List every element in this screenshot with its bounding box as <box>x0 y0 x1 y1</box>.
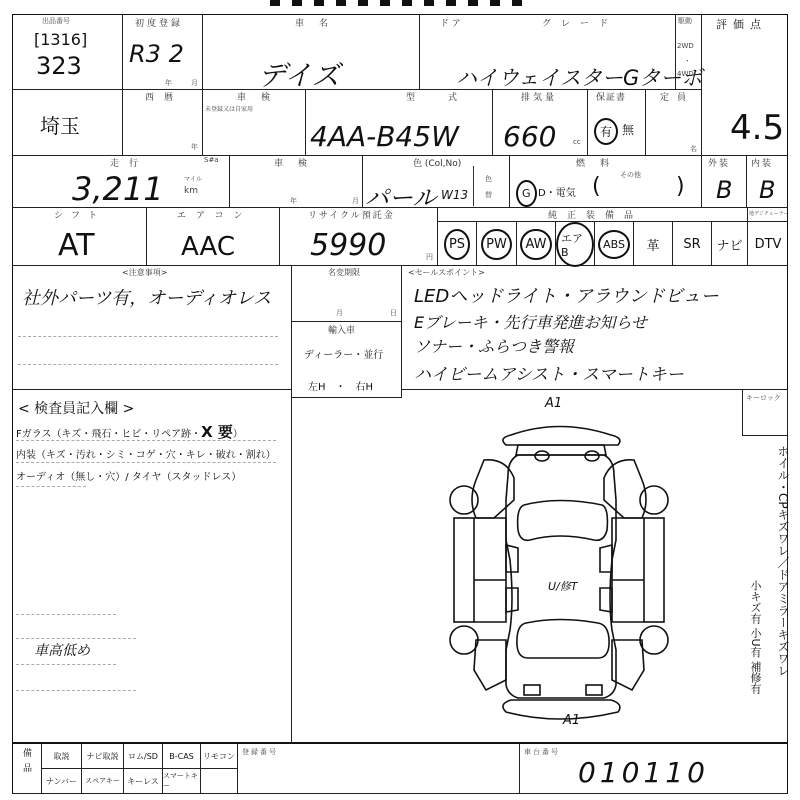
sales-point-line-2: Eブレーキ・先行車発進お知らせ <box>414 310 647 333</box>
fuel-cell: 燃 料 G D・電気 ( その他 ) <box>510 156 702 208</box>
accessories-label: 備品 <box>20 748 33 778</box>
equipment-label: 純正装備品 <box>548 208 643 221</box>
car-name-value: デイズ <box>258 54 340 94</box>
grade-value: ハイウェイスターGターボ <box>456 62 702 92</box>
car-name-label: 車 名 <box>295 16 331 29</box>
inspection-label: 車 検 <box>237 90 273 103</box>
exterior-cell: 外装 B <box>702 156 747 208</box>
inspector-rule <box>16 486 86 487</box>
warranty-yes-option[interactable]: 有 <box>594 118 618 145</box>
diagram-rear-mark: A1 <box>563 713 580 728</box>
side-note-repaired: 補修有 <box>749 661 762 694</box>
accessories-grid: 取説 ナビ取説 ロム/SD B-CAS リモコン ナンバー スペアキー キーレス… <box>42 744 238 794</box>
equipment-navi[interactable]: ナビ <box>712 222 748 266</box>
exterior-label: 外装 <box>708 156 730 169</box>
shift-value: AT <box>58 228 95 263</box>
inspector-line-1-close: ） <box>233 429 243 440</box>
warranty-no-option[interactable]: 無 <box>622 121 634 138</box>
equipment-row: PS PW AW エアB ABS 革 SR ナビ DTV <box>438 222 788 266</box>
name-change-label: 名変期限 <box>328 267 360 278</box>
accessory-bcas[interactable]: B-CAS <box>163 744 201 769</box>
inspector-line-1-mark: X 要 <box>201 423 233 441</box>
fuel-options: D・電気 <box>538 184 576 199</box>
inspection-expiry-year: 年 <box>290 196 297 206</box>
notes-rule <box>18 364 278 365</box>
inspection-cell: 車 検 未登録又は自家用 <box>203 90 306 156</box>
meter-label: S#a <box>204 156 219 164</box>
side-note-small-dent: 小U有 <box>749 628 762 658</box>
inspection-expiry-cell: 車 検 年 月 <box>230 156 363 208</box>
side-note-wheel: ホイル・CP <box>776 445 790 509</box>
displacement-cell: 排気量 660 cc <box>493 90 588 156</box>
score-cell: 評価点 4.5 <box>702 14 788 156</box>
inspector-rule <box>16 614 116 615</box>
capacity-cell: 定員 名 <box>646 90 702 156</box>
interior-label: 内装 <box>751 156 773 169</box>
accessory-empty <box>201 769 238 794</box>
color-change-label-1: 色 <box>485 174 492 184</box>
tuner-header: 地デジチューナー <box>748 208 788 222</box>
fuel-other-close: ) <box>676 174 685 199</box>
inspector-rule <box>16 690 136 691</box>
color-code: W13 <box>441 188 468 202</box>
lot-bracket-number: [1316] <box>34 30 87 49</box>
mileage-unit-mile: マイル <box>184 174 202 183</box>
sales-point-line-1: LEDヘッドライト・アラウンドビュー <box>414 282 719 308</box>
import-handle[interactable]: 左H ・ 右H <box>308 378 373 393</box>
sales-point-line-3: ソナー・ふらつき警報 <box>414 334 574 357</box>
name-change-month: 月 <box>336 308 343 318</box>
lot-header: 出品番号 <box>42 16 70 26</box>
exterior-value: B <box>716 176 732 204</box>
equipment-pw[interactable]: PW <box>477 222 517 266</box>
tuner-label: 地デジチューナー <box>749 210 789 217</box>
accessory-smart-key[interactable]: スマートキー <box>163 769 201 794</box>
notes-label: <注意事項> <box>122 267 167 278</box>
chassis-number-value: 010110 <box>578 756 709 789</box>
import-dealer-parallel[interactable]: ディーラー・並行 <box>304 346 383 361</box>
score-value: 4.5 <box>730 108 784 148</box>
warranty-cell: 保証書 有 無 <box>588 90 646 156</box>
model-year-suffix: 年 <box>191 142 198 152</box>
lot-cell: 出品番号 [1316] 323 <box>12 14 123 90</box>
shift-label: シフト <box>54 208 105 221</box>
first-registration-cell: 初度登録 R3 2 年 月 <box>123 14 203 90</box>
capacity-unit: 名 <box>690 144 697 154</box>
side-note-col-2: 小キズ有 小U有 補修有 <box>744 580 762 740</box>
grade-label: グレード <box>542 16 618 29</box>
model-year-cell: 西暦 年 <box>123 90 203 156</box>
side-note-crack-mirror: ワレ／ドアミラー <box>776 533 790 629</box>
mileage-cell: 走行 S#a 3,211 マイル km <box>12 156 230 208</box>
chassis-number-label: 車台番号 <box>524 747 560 757</box>
fuel-other-label: その他 <box>620 170 641 180</box>
aircon-cell: エアコン AAC <box>147 208 280 266</box>
score-label: 評価点 <box>716 16 767 32</box>
key-lock-box: キーロック <box>742 390 788 436</box>
equipment-abs[interactable]: ABS <box>595 222 634 266</box>
side-note-scratch-1: キズ <box>776 509 790 533</box>
aircon-label: エアコン <box>177 208 253 221</box>
notes-rule <box>18 336 278 337</box>
mileage-unit-km: km <box>184 186 198 196</box>
inspector-line-1: Fガラス（キズ・飛石・ヒビ・リペア跡・X 要） <box>16 421 243 442</box>
accessory-spare-key[interactable]: スペアキー <box>82 769 124 794</box>
first-registration-label: 初度登録 <box>135 16 183 29</box>
region-cell: 埼玉 <box>12 90 123 156</box>
name-change-cell: 名変期限 月 日 <box>292 266 402 322</box>
warranty-label: 保証書 <box>596 90 626 103</box>
first-registration-year-label: 年 <box>165 78 172 88</box>
inspector-line-2: 内装（キズ・汚れ・シミ・コゲ・穴・キレ・破れ・割れ） <box>16 446 276 461</box>
diagram-front-mark: A1 <box>545 396 562 411</box>
side-note-scratch-2: キズ <box>776 629 790 653</box>
inspection-note: 未登録又は自家用 <box>205 104 253 113</box>
inspection-expiry-month: 月 <box>352 196 359 206</box>
color-divider <box>473 166 474 206</box>
inspector-rule <box>16 440 276 441</box>
displacement-value: 660 <box>503 120 556 153</box>
door-label: ドア <box>440 16 464 29</box>
accessory-number-plate[interactable]: ナンバー <box>42 769 82 794</box>
accessory-rom-sd[interactable]: ロム/SD <box>124 744 163 769</box>
recycle-cell: リサイクル預託金 5990 円 <box>280 208 438 266</box>
registration-number-cell: 登録番号 <box>238 744 520 794</box>
notes-cell: <注意事項> 社外パーツ有，オーディオレス <box>12 266 292 390</box>
inspector-label: < 検査員記入欄 > <box>18 398 134 418</box>
side-note-small-scratch: 小キズ有 <box>749 580 762 624</box>
inspector-rule <box>16 462 276 463</box>
capacity-label: 定員 <box>660 90 694 103</box>
side-note: ホイル・CPキズワレ／ドアミラーキズワレ <box>760 445 790 745</box>
accessory-keyless[interactable]: キーレス <box>124 769 163 794</box>
shift-cell: シフト AT <box>12 208 147 266</box>
equipment-aw[interactable]: AW <box>517 222 556 266</box>
recycle-value: 5990 <box>310 228 386 263</box>
equipment-header: 純正装備品 <box>438 208 748 222</box>
drive-cell: 駆動 2WD ・ 4WD <box>676 14 702 90</box>
inspector-rule <box>16 638 136 639</box>
color-change-label-2: 替 <box>485 190 492 200</box>
name-change-day: 日 <box>390 308 397 318</box>
drive-4wd: 4WD <box>677 70 694 78</box>
aircon-value: AAC <box>181 232 235 262</box>
notes-value: 社外パーツ有，オーディオレス <box>22 284 271 310</box>
accessory-navi-manual[interactable]: ナビ取説 <box>82 744 124 769</box>
fuel-gasoline-option[interactable]: G <box>516 180 537 207</box>
equipment-dtv[interactable]: DTV <box>748 222 788 266</box>
sales-point-line-4: ハイビームアシスト・スマートキー <box>414 360 684 385</box>
displacement-unit: cc <box>573 138 581 146</box>
car-name-cell: 車 名 デイズ <box>203 14 420 90</box>
door-grade-cell: ドア グレード ハイウェイスターGターボ <box>420 14 676 90</box>
model-code-label: 型 式 <box>406 90 469 103</box>
model-code-cell: 型 式 4AA-B45W <box>306 90 493 156</box>
recycle-label: リサイクル預託金 <box>308 208 395 221</box>
fuel-other-open: ( <box>592 174 601 199</box>
mileage-label: 走行 <box>110 156 148 169</box>
chassis-number-cell: 車台番号 010110 <box>520 744 788 794</box>
model-code-value: 4AA-B45W <box>310 120 459 153</box>
inspector-handwritten-note: 車高低め <box>34 640 90 660</box>
mileage-value: 3,211 <box>72 170 164 208</box>
equipment-leather[interactable]: 革 <box>634 222 673 266</box>
import-cell: 輸入車 ディーラー・並行 左H ・ 右H <box>292 322 402 398</box>
inspector-line-1-text: Fガラス（キズ・飛石・ヒビ・リペア跡・ <box>16 429 201 440</box>
first-registration-value: R3 2 <box>129 40 184 68</box>
interior-cell: 内装 B <box>747 156 788 208</box>
color-label: 色 (Col,No) <box>413 156 461 169</box>
first-registration-month-label: 月 <box>191 78 198 88</box>
key-lock-label: キーロック <box>746 393 781 403</box>
drive-2wd: 2WD <box>677 42 694 50</box>
diagram-center-note: U/修T <box>548 578 577 594</box>
accessory-remote[interactable]: リモコン <box>201 744 238 769</box>
side-note-crack: ワレ <box>776 653 790 677</box>
sales-points-label: <セールスポイント> <box>408 267 485 278</box>
accessories-section: 備品 <box>12 744 42 794</box>
import-label: 輸入車 <box>328 323 355 336</box>
color-cell: 色 (Col,No) パール W13 色 替 <box>363 156 510 208</box>
car-diagram <box>446 400 672 730</box>
lot-number: 323 <box>36 52 82 80</box>
fuel-label: 燃 料 <box>576 156 612 169</box>
registration-number-label: 登録番号 <box>242 747 278 757</box>
title-strip <box>270 0 530 6</box>
drive-dot: ・ <box>684 56 691 66</box>
accessory-manual[interactable]: 取説 <box>42 744 82 769</box>
equipment-airbag[interactable]: エアB <box>556 222 595 266</box>
equipment-ps[interactable]: PS <box>438 222 477 266</box>
sales-points-cell: <セールスポイント> LEDヘッドライト・アラウンドビュー Eブレーキ・先行車発… <box>402 266 788 390</box>
model-year-label: 西暦 <box>145 90 183 103</box>
recycle-unit: 円 <box>426 252 433 262</box>
inspector-rule <box>16 664 116 665</box>
inspection-expiry-label: 車 検 <box>274 156 310 169</box>
interior-value: B <box>759 176 775 204</box>
displacement-label: 排気量 <box>521 90 557 103</box>
drive-label: 駆動 <box>678 16 692 26</box>
region-value: 埼玉 <box>40 110 80 139</box>
inspector-line-3: オーディオ（無し・穴）/ タイヤ（スタッドレス） <box>16 468 241 483</box>
equipment-sunroof[interactable]: SR <box>673 222 712 266</box>
